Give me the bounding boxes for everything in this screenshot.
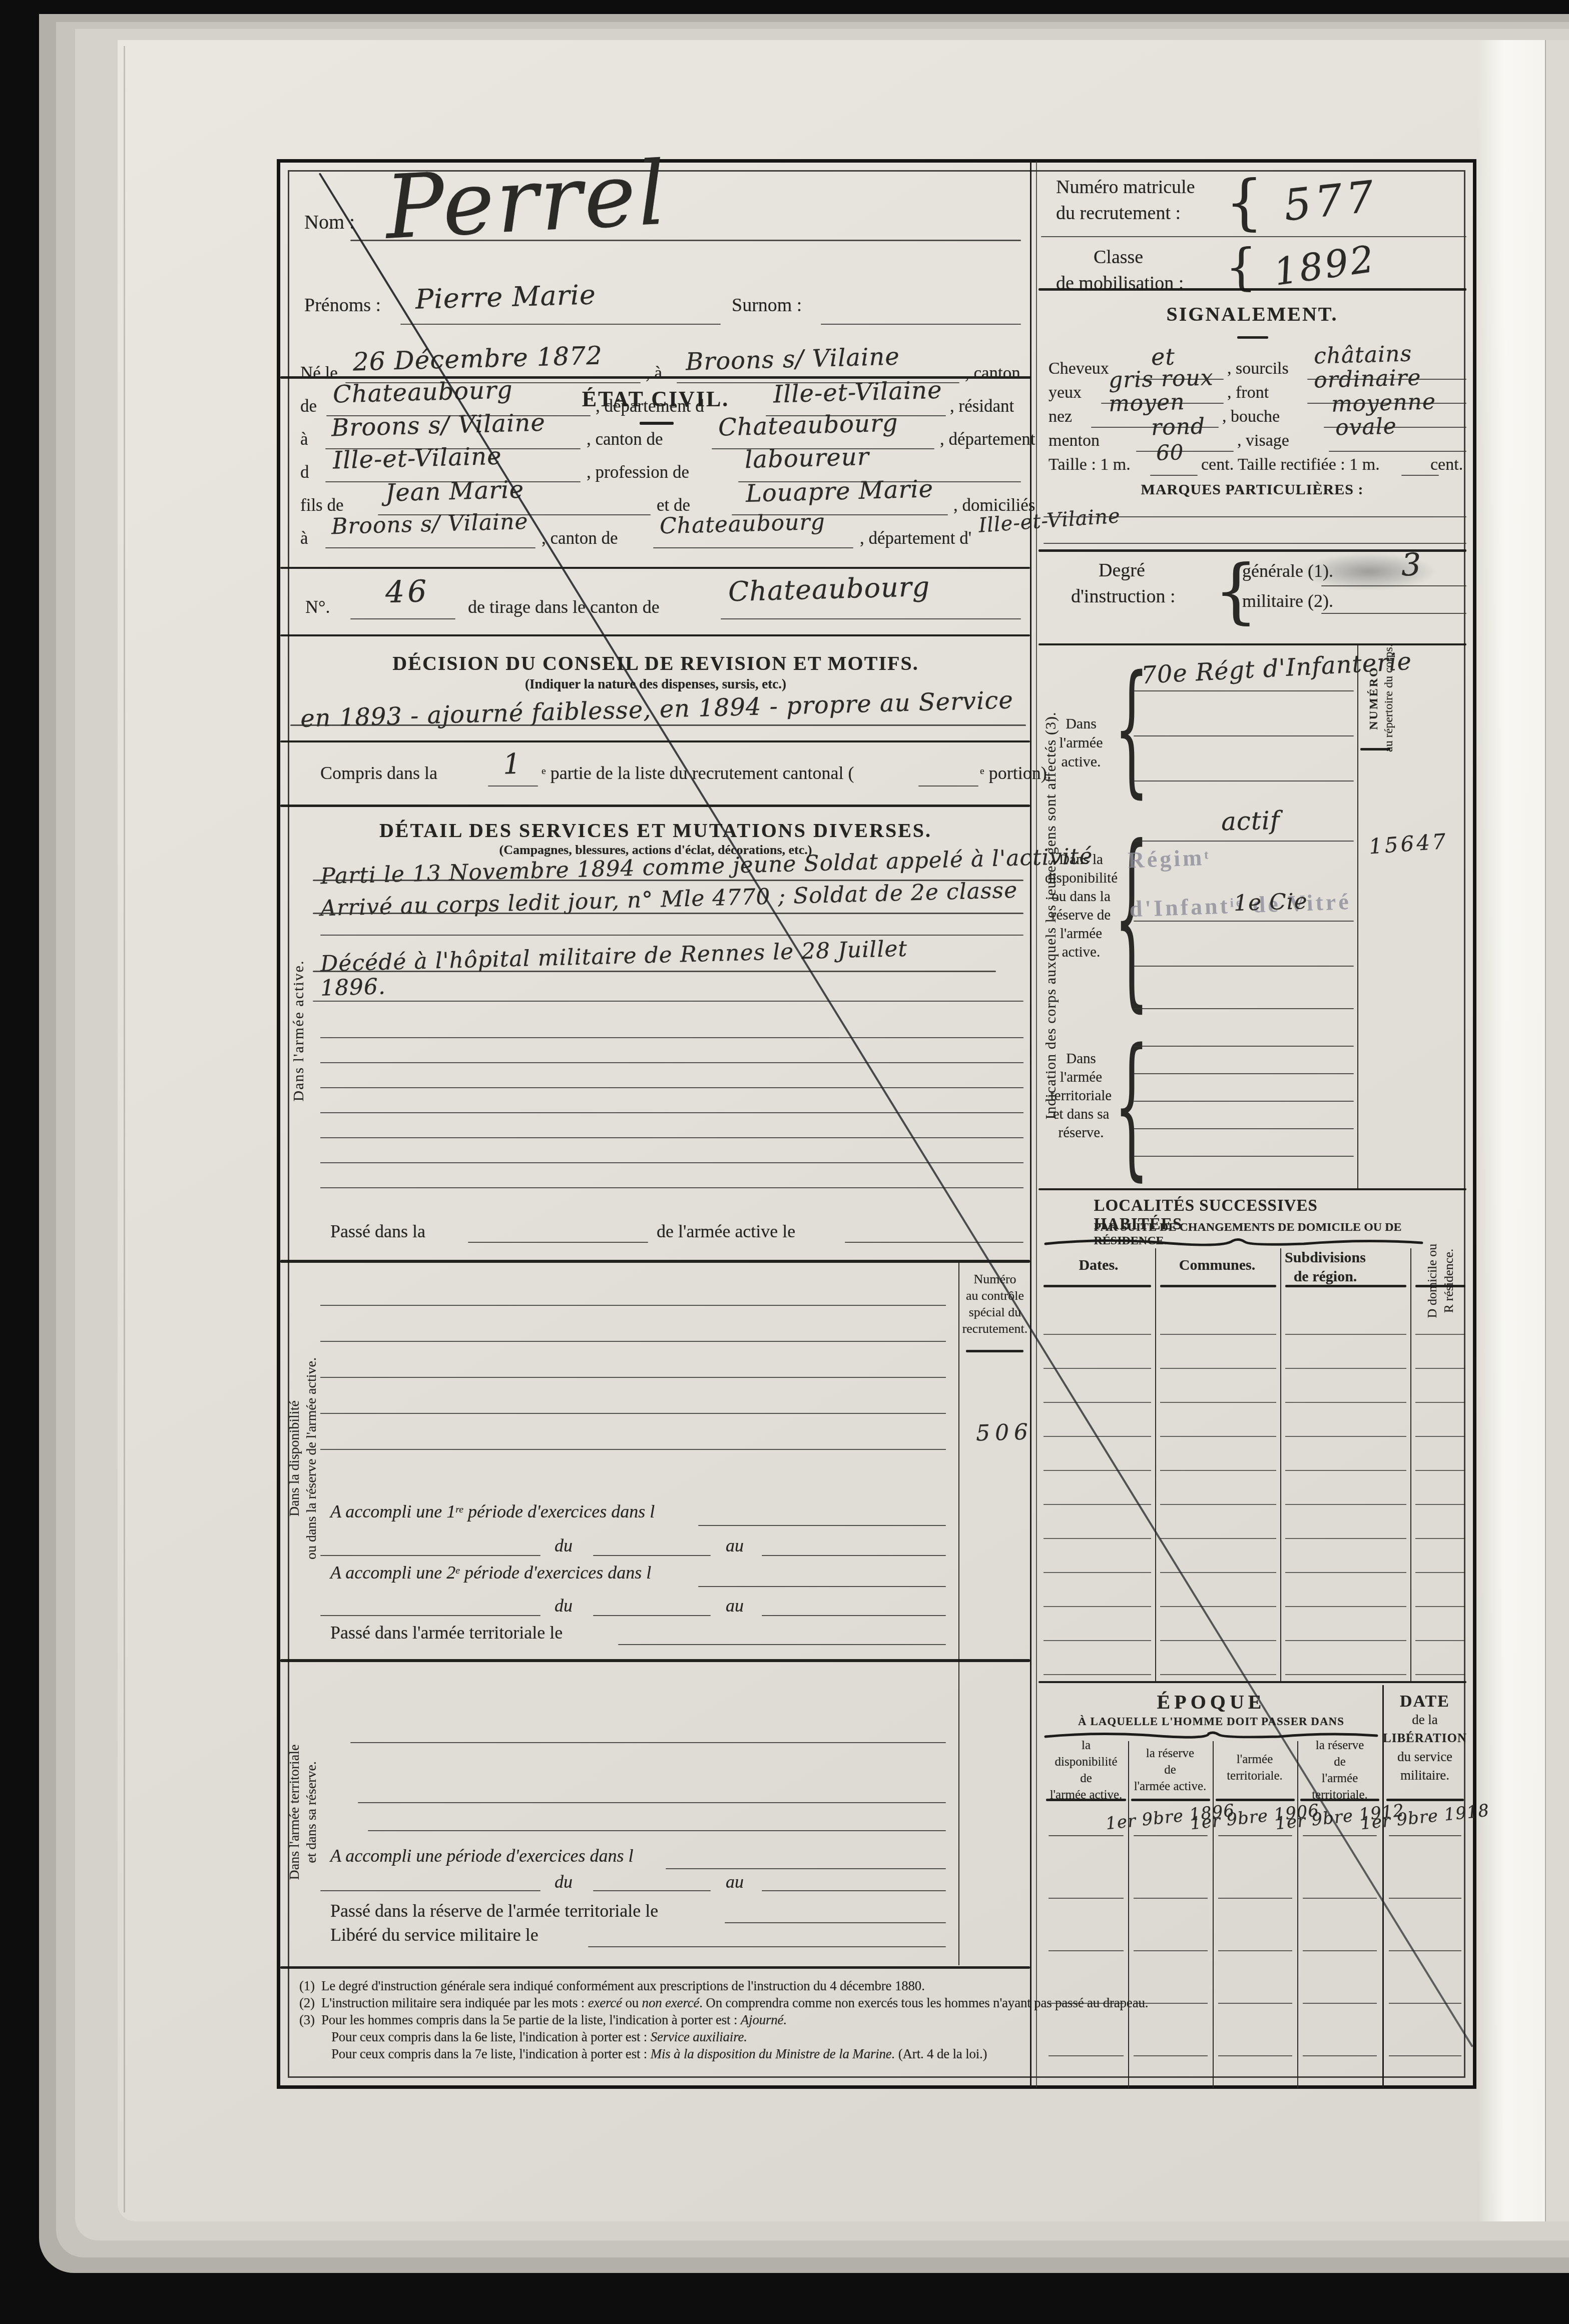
rule-line (1303, 1835, 1377, 1836)
rule-line (468, 1242, 648, 1243)
page-crease (124, 46, 125, 2212)
field-label: , canton (965, 363, 1020, 383)
footnote-italic: Ajourné. (741, 2012, 787, 2027)
rule-line (721, 618, 1021, 619)
decision-title: DÉCISION DU CONSEIL DE REVISION ET MOTIF… (392, 651, 918, 675)
controle-value: 506 (975, 1419, 1033, 1446)
services-vertical-label: Dans l'armée active. (290, 960, 307, 1102)
rule-line (1134, 1156, 1354, 1157)
sig-label: Cheveux (1049, 359, 1109, 378)
header-rule (1131, 1799, 1210, 1801)
signalement-title: SIGNALEMENT. (1166, 302, 1338, 326)
epoque-col4-header: la réservedel'arméeterritoriale. (1312, 1737, 1368, 1803)
rule-line (1043, 516, 1466, 517)
section-rule (1038, 1188, 1466, 1190)
section-rule (280, 740, 1030, 742)
controle-header: Numéro au contrôle spécial du recrutemen… (962, 1271, 1028, 1337)
name-value: Perrel (383, 143, 670, 259)
repertoire-column-divider (1357, 645, 1358, 1188)
corps-g2-hw-cie: 1e Cie (1233, 889, 1308, 916)
rule-line (593, 1890, 711, 1891)
field-label: , à (646, 363, 662, 383)
sig-taille-label2: cent. Taille rectifiée : 1 m. (1201, 455, 1380, 474)
services-title: DÉTAIL DES SERVICES ET MUTATIONS DIVERSE… (379, 819, 932, 842)
tirage-label2: de tirage dans le canton de (468, 596, 660, 617)
field-value: Chateaubourg (718, 409, 898, 441)
rule-line (1150, 475, 1198, 476)
rule-line (762, 1615, 946, 1616)
rule-line (350, 618, 455, 619)
h: disponibilité (1050, 1754, 1123, 1770)
section-rule (280, 567, 1030, 569)
degre-generale-value: 3 (1401, 546, 1422, 583)
header-rule (1160, 1285, 1276, 1287)
classe-label-line2: de mobilisation : (1056, 272, 1184, 294)
ruled-lines (1389, 1846, 1461, 2071)
section-rule (280, 805, 1030, 807)
field-label: à (300, 429, 308, 449)
footnote-5: Pour ceux compris dans la 7e liste, l'in… (331, 2046, 987, 2062)
footnote-text: ou (622, 1995, 642, 2010)
h: LIBÉRATION (1383, 1729, 1467, 1748)
sig-taille-label3: cent. (1430, 455, 1463, 474)
repertoire-header-rule (1360, 748, 1390, 750)
reserve-vertical-label: Dans la disponibilité ou dans la réserve… (286, 1357, 320, 1560)
controle-h4: recrutement. (962, 1320, 1028, 1337)
h: militaire. (1383, 1766, 1467, 1785)
services-entry: 1896. (320, 974, 386, 1001)
field-label: , canton de (587, 429, 663, 449)
rule-line (918, 786, 978, 787)
h: la réserve (1134, 1745, 1207, 1762)
rule-line (1134, 781, 1354, 782)
corps-g1-label: Dans l'armée active. (1049, 714, 1114, 771)
rule-line (320, 1555, 541, 1556)
ruled-lines (1134, 1846, 1208, 2071)
field-value: Broons s/ Vilaine (331, 408, 546, 442)
footnote-text: Pour ceux compris dans la 6e liste, l'in… (331, 2029, 651, 2044)
footnote-text: Le degré d'instruction générale sera ind… (321, 1978, 925, 1993)
rule-line (1321, 585, 1466, 586)
rule-line (350, 1742, 946, 1743)
rule-line (1218, 1835, 1292, 1836)
periode1-b: période d'exercices dans l (463, 1501, 655, 1521)
footnote-italic: Service auxiliaire. (651, 2029, 747, 2044)
rule-line (1329, 451, 1466, 452)
h: de la (1383, 1711, 1467, 1729)
regiment-stamp: Régimt d'Infantie de Vitré (1127, 827, 1352, 932)
controle-h2: au contrôle (962, 1287, 1028, 1304)
swash-divider (1043, 1237, 1424, 1249)
title-dash (1237, 336, 1268, 339)
section-rule (280, 1260, 1030, 1263)
rule-line (593, 1555, 711, 1556)
rule-line (400, 324, 721, 325)
ruled-lines (1049, 1846, 1124, 2071)
tirage-canton: Chateaubourg (728, 571, 930, 608)
compris-text3: e portion). (980, 762, 1052, 784)
h: la (1050, 1737, 1123, 1754)
brace-glyph: { (1114, 1028, 1149, 1182)
rule-line (313, 913, 1023, 914)
footnote-4: Pour ceux compris dans la 6e liste, l'in… (331, 2029, 747, 2045)
section-rule (280, 1966, 1030, 1969)
degre-label2: d'instruction : (1071, 585, 1175, 607)
reserve-vlabel-2: ou dans la réserve de l'armée active. (303, 1357, 320, 1560)
sig-label: menton (1049, 431, 1100, 450)
passe-reserve-terr-label: Passé dans la réserve de l'armée territo… (330, 1900, 658, 1921)
field-label: , département d' (860, 528, 971, 548)
sig-value: moyen (1108, 389, 1185, 417)
rule-line (762, 1555, 946, 1556)
classe-label-line1: Classe (1094, 246, 1143, 268)
title-dash (640, 422, 674, 425)
section-rule (1038, 643, 1466, 645)
header-rule (1043, 1285, 1151, 1287)
du-label: du (555, 1871, 573, 1892)
field-label: d (300, 462, 309, 482)
epoque-date-header: DATE de la LIBÉRATION du service militai… (1383, 1692, 1467, 1785)
ruled-lines (1415, 1301, 1465, 1675)
au-label: au (726, 1535, 744, 1556)
h: DATE (1383, 1692, 1467, 1711)
degre-militaire-label: militaire (2). (1242, 590, 1333, 611)
table-divider (1213, 1741, 1214, 2088)
h: l'armée (1312, 1770, 1368, 1787)
field-value: Chateaubourg (332, 376, 513, 408)
compris-text2: e partie de la liste du recrutement cant… (542, 762, 854, 784)
corps-g3-label: Dans l'armée territoriale et dans sa rés… (1045, 1050, 1117, 1142)
prenoms-value: Pierre Marie (415, 279, 596, 315)
sig-value: châtains (1313, 341, 1412, 369)
rule-line (1401, 475, 1439, 476)
ruled-lines (1160, 1301, 1276, 1675)
rule-line (1321, 613, 1466, 614)
subdiv-l1: Subdivisions (1285, 1248, 1366, 1267)
sig-label: , front (1227, 383, 1269, 402)
passe-territoriale-label: Passé dans l'armée territoriale le (330, 1622, 563, 1643)
compris-c: portion). (984, 763, 1052, 783)
rule-line (1134, 735, 1354, 736)
epoque-col3-header: l'arméeterritoriale. (1227, 1751, 1283, 1784)
header-rule (1415, 1285, 1465, 1287)
footnote-italic: exercé (588, 1995, 622, 2010)
controle-header-rule (966, 1350, 1023, 1352)
sig-value: gris roux (1108, 365, 1214, 393)
rule-line (725, 1922, 946, 1923)
marques-title: MARQUES PARTICULIÈRES : (1141, 481, 1364, 498)
epoque-col1-header: ladisponibilitédel'armée active. (1050, 1737, 1123, 1803)
periode1-label: A accompli une 1re période d'exercices d… (330, 1501, 655, 1522)
rule-line (1134, 1101, 1354, 1102)
field-value: Broons s/ Vilaine (331, 509, 529, 539)
field-label: , canton de (542, 528, 618, 548)
page-right-edge-highlight (1477, 40, 1545, 2221)
rule-line (588, 1946, 946, 1947)
rule-line (320, 935, 1023, 936)
rule-line (313, 971, 996, 972)
degre-label1: Degré (1099, 559, 1145, 581)
table-divider (1128, 1741, 1129, 2088)
footnote-marker: (2) (299, 1995, 315, 2010)
terr-vlabel-2: et dans sa réserve. (303, 1745, 320, 1880)
sig-value: ovale (1335, 413, 1397, 440)
tirage-label: N°. (305, 596, 330, 617)
rule-line (1389, 1835, 1461, 1836)
field-label: de (300, 396, 317, 416)
footnote-italic: non exercé (642, 1995, 700, 2010)
ruled-lines (320, 1013, 1023, 1208)
periode2-b: période d'exercices dans l (460, 1563, 651, 1583)
sig-taille-label: Taille : 1 m. (1049, 455, 1131, 474)
h: du service (1383, 1748, 1467, 1766)
field-label: fils de (300, 495, 344, 515)
h: l'armée active. (1134, 1778, 1207, 1795)
field-value: Ille-et-Vilaine (773, 376, 942, 409)
rule-line (488, 786, 538, 787)
matricule-label-line1: Numéro matricule (1056, 176, 1195, 198)
ruled-lines (1218, 1846, 1292, 2071)
table-divider (1155, 1248, 1156, 1681)
h: la réserve (1312, 1737, 1368, 1754)
column-divider (1036, 161, 1037, 2087)
h: territoriale. (1227, 1768, 1283, 1784)
field-value: Chateaubourg (659, 509, 825, 539)
rule-line (1134, 1128, 1354, 1129)
brace-glyph: { (1225, 242, 1257, 292)
rule-line (1136, 451, 1234, 452)
passe-active-label: Passé dans la (330, 1221, 425, 1242)
rule-line (845, 1242, 1023, 1243)
rule-line (1049, 1835, 1124, 1836)
localites-col-communes: Communes. (1179, 1257, 1256, 1274)
stamp-line1: Régim (1128, 845, 1205, 873)
rule-line (1134, 1835, 1208, 1836)
matricule-label-line2: du recrutement : (1056, 202, 1181, 224)
footnote-marker: (1) (299, 1978, 315, 1993)
footnote-text: L'instruction militaire sera indiquée pa… (321, 1995, 588, 2010)
tirage-number: 46 (385, 574, 430, 610)
h: de (1050, 1770, 1123, 1787)
field-value: Ille-et-Vilaine (332, 442, 502, 475)
footnote-2: (2) L'instruction militaire sera indiqué… (299, 1995, 1148, 2011)
rule-line (666, 1868, 946, 1869)
epoque-subtitle: À LAQUELLE L'HOMME DOIT PASSER DANS (1078, 1715, 1344, 1728)
table-divider (1410, 1248, 1411, 1681)
au-label: au (726, 1595, 744, 1616)
field-label: à (300, 528, 308, 548)
field-label: , département d (596, 396, 704, 416)
rule-line (320, 1890, 541, 1891)
page-right-edge (1545, 40, 1569, 2221)
compris-b: partie de la liste du recrutement canton… (546, 763, 854, 783)
rule-line (358, 1802, 946, 1803)
table-divider (1297, 1741, 1298, 2088)
compris-sup1: e (542, 765, 546, 777)
decision-subtitle: (Indiquer la nature des dispenses, sursi… (525, 676, 786, 692)
field-value: Louapre Marie (745, 475, 933, 508)
field-label: , département (940, 429, 1035, 449)
controle-column-divider (958, 1263, 959, 1965)
field-label: , profession de (587, 462, 689, 482)
header-rule (1046, 1799, 1126, 1801)
libere-label: Libéré du service militaire le (330, 1924, 539, 1945)
sig-label: , bouche (1222, 407, 1280, 426)
rule-line (320, 1615, 541, 1616)
passe-active-label2: de l'armée active le (657, 1221, 795, 1242)
rule-line (1134, 1046, 1354, 1047)
stamp-line2: d'Infant (1129, 893, 1231, 922)
rule-line (368, 1830, 946, 1831)
periode1-sup: re (455, 1504, 463, 1515)
subdiv-l2: de région. (1285, 1267, 1366, 1286)
field-label: , résidant (950, 396, 1014, 416)
h: de (1134, 1762, 1207, 1778)
footnote-text: Pour ceux compris dans la 7e liste, l'in… (331, 2046, 651, 2061)
localites-col-subdiv: Subdivisionsde région. (1285, 1248, 1366, 1286)
scanned-register-photo: Perrel Nom : Prénoms : Pierre Marie Surn… (0, 0, 1569, 2324)
sig-label: nez (1049, 407, 1072, 426)
sig-label: , visage (1237, 431, 1289, 450)
rule-line (1041, 236, 1466, 237)
epoque-col2-header: la réservedel'armée active. (1134, 1745, 1207, 1795)
field-value: laboureur (744, 443, 869, 474)
brace-glyph: { (1225, 173, 1263, 233)
terr-vlabel-1: Dans l'armée territoriale (286, 1745, 303, 1880)
compris-text: Compris dans la (320, 762, 437, 784)
territoriale-vertical-label: Dans l'armée territoriale et dans sa rés… (286, 1745, 320, 1880)
rule-line (1134, 1008, 1354, 1009)
field-value: Broons s/ Vilaine (685, 342, 900, 376)
footnote-italic: Mis à la disposition du Ministre de la M… (651, 2046, 895, 2061)
sig-value: moyenne (1331, 389, 1436, 417)
periode2-a: A accompli une 2 (330, 1563, 455, 1583)
section-rule (1038, 1681, 1466, 1683)
rule-line (1134, 966, 1354, 967)
rule-line (698, 1525, 946, 1526)
ruled-lines (1303, 1846, 1377, 2071)
footnote-marker: (3) (299, 2012, 315, 2027)
rule-line (618, 1644, 946, 1645)
footnote-3: (3) Pour les hommes compris dans la 5e p… (299, 2012, 787, 2028)
rule-line (1043, 543, 1466, 544)
periode2-sup: e (455, 1565, 460, 1576)
compris-a: Compris dans la (320, 763, 437, 783)
sig-value: ordinaire (1313, 365, 1421, 393)
rule-line (1134, 690, 1354, 691)
rule-line (821, 324, 1021, 325)
au-label: au (726, 1871, 744, 1892)
header-rule (1285, 1285, 1406, 1287)
ruled-lines (1043, 1301, 1151, 1675)
field-value: Jean Marie (385, 475, 524, 507)
section-rule (280, 1659, 1030, 1662)
rule-line (313, 1001, 1023, 1002)
footnote-text: (Art. 4 de la loi.) (895, 2046, 987, 2061)
table-divider (1280, 1248, 1281, 1681)
footnote-text: Pour les hommes compris dans la 5e parti… (321, 2012, 741, 2027)
h: de (1312, 1754, 1368, 1770)
sig-value: rond (1151, 414, 1205, 441)
section-rule (280, 634, 1030, 636)
compris-value: 1 (502, 748, 521, 781)
surnom-label: Surnom : (732, 294, 802, 316)
h: l'armée (1227, 1751, 1283, 1768)
rule-line (762, 1890, 946, 1891)
ruled-lines (320, 1270, 946, 1455)
compris-sup2: e (980, 765, 984, 777)
sig-label: , sourcils (1227, 359, 1289, 378)
periode2-label: A accompli une 2e période d'exercices da… (330, 1562, 651, 1583)
rule-line (1134, 841, 1354, 842)
localites-col-dates: Dates. (1079, 1257, 1118, 1274)
rule-line (350, 240, 1021, 241)
sig-taille-value: 60 (1156, 440, 1184, 465)
corps-g2-hw-actif: actif (1221, 806, 1280, 836)
name-label: Nom : (304, 210, 355, 234)
ruled-lines (1285, 1301, 1406, 1675)
rule-line (653, 547, 853, 548)
du-label: du (555, 1595, 573, 1616)
rule-line (1134, 1073, 1354, 1074)
periode1-a: A accompli une 1 (330, 1501, 455, 1521)
footnote-1: (1) Le degré d'instruction générale sera… (299, 1978, 925, 1994)
du-label: du (555, 1535, 573, 1556)
reserve-vlabel-1: Dans la disponibilité (286, 1357, 303, 1560)
section-rule (1038, 288, 1466, 291)
rule-line (1134, 921, 1354, 922)
rule-line (593, 1615, 711, 1616)
prenoms-label: Prénoms : (304, 294, 381, 316)
corps-g2-label: Dans la disponibilité ou dans la réserve… (1045, 851, 1117, 962)
matricule-value: 577 (1281, 171, 1380, 231)
rule-line (325, 547, 536, 548)
epoque-title: ÉPOQUE (1157, 1690, 1266, 1714)
sig-label: yeux (1049, 383, 1082, 402)
column-divider (1030, 161, 1031, 2087)
stamp-sup1: t (1204, 848, 1211, 862)
rule-line (698, 1586, 946, 1587)
periode-terr-label: A accompli une période d'exercices dans … (330, 1845, 634, 1866)
